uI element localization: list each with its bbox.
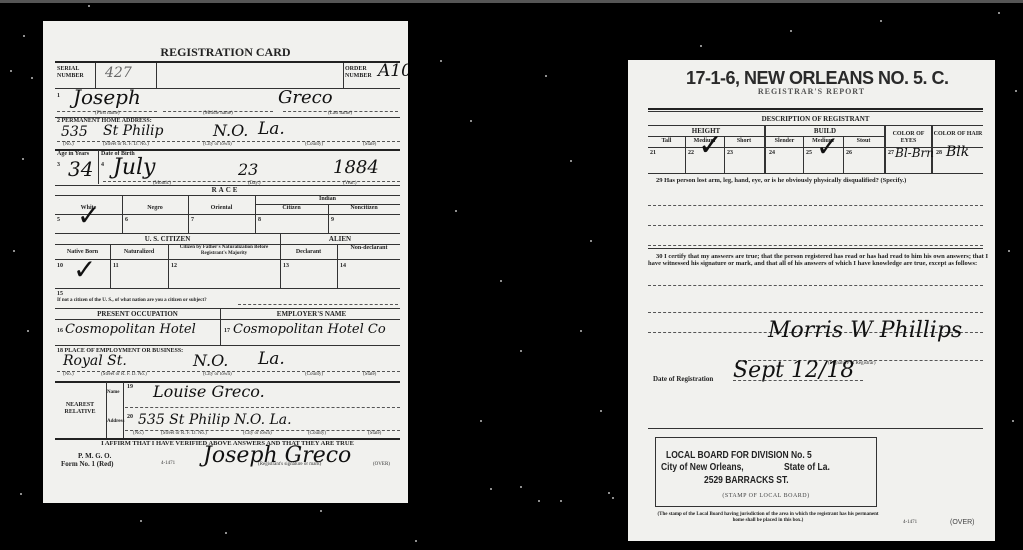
build-medium-checkmark: ✓	[816, 130, 839, 163]
employment-city: N.O.	[193, 351, 228, 370]
serial-number-value: 427	[105, 65, 132, 81]
home-address-number: 535	[61, 124, 88, 140]
order-number-label: ORDER NUMBER	[345, 66, 375, 80]
race-heading: RACE	[43, 186, 408, 194]
registrar-signature: Morris W Phillips	[768, 318, 962, 343]
registrars-report-back: 17-1-6, NEW ORLEANS NO. 5. C. REGISTRAR'…	[628, 60, 995, 541]
relative-name-value: Louise Greco.	[153, 382, 265, 401]
report-title: REGISTRAR'S REPORT	[628, 87, 995, 96]
birth-day-value: 23	[238, 160, 258, 179]
home-address-city: N.O.	[213, 121, 248, 140]
last-name-value: Greco	[278, 87, 333, 108]
stamp-instruction-note: (The stamp of the Local Board having jur…	[653, 512, 883, 524]
occupation-value: Cosmopolitan Hotel	[65, 322, 196, 337]
certification-statement: 30 I certify that my answers are true; t…	[648, 253, 988, 267]
nearest-relative-label: NEAREST RELATIVE	[55, 402, 105, 416]
description-heading: DESCRIPTION OF REGISTRANT	[648, 115, 983, 123]
relative-address-value: 535 St Philip N.O. La.	[138, 412, 292, 428]
birth-year-value: 1884	[333, 157, 379, 178]
eye-color-value: Bl-Brn	[895, 146, 934, 160]
first-name-value: Joseph	[73, 85, 141, 109]
employment-state: La.	[258, 349, 285, 369]
age-value: 34	[68, 157, 93, 181]
home-address-state: La.	[258, 119, 285, 139]
birth-month-value: July	[113, 155, 155, 180]
height-medium-checkmark: ✓	[698, 128, 723, 163]
white-checkmark: ✓	[77, 199, 100, 232]
native-born-checkmark: ✓	[73, 253, 96, 286]
registration-card-front: REGISTRATION CARD SERIAL NUMBER 427 ORDE…	[43, 21, 408, 503]
hair-color-value: Blk	[946, 144, 969, 160]
registration-date-label: Date of Registration	[653, 375, 713, 383]
home-address-street: St Philip	[103, 123, 164, 139]
employer-value: Cosmopolitan Hotel Co	[233, 322, 386, 337]
order-number-value: A1089	[378, 61, 408, 81]
card-title: REGISTRATION CARD	[43, 45, 408, 60]
employment-street: Royal St.	[63, 353, 127, 369]
local-board-stamp-box: LOCAL BOARD FOR DIVISION No. 5 City of N…	[655, 437, 877, 507]
window-top-border	[0, 0, 1023, 3]
stamp-header: 17-1-6, NEW ORLEANS NO. 5. C.	[686, 68, 949, 89]
nationality-question: If not a citizen of the U. S., of what n…	[57, 298, 207, 303]
disability-question: 29 Has person lost arm, leg, hand, eye, …	[648, 177, 988, 184]
serial-number-label: SERIAL NUMBER	[57, 66, 95, 80]
